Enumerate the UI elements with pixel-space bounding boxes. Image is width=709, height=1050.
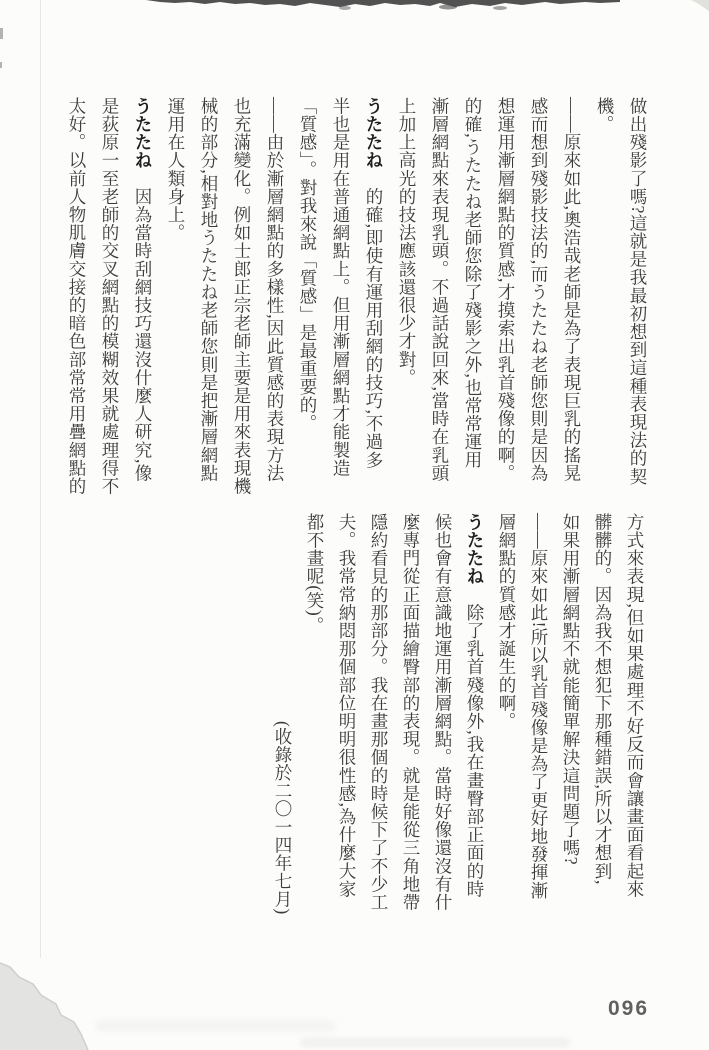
speaker-name: うたたね xyxy=(364,97,384,169)
text-column: 械的部分,相對地うたたね老師您則是把漸層網點 xyxy=(192,97,225,499)
text-column: 太好。以前人物肌膚交接的暗色部常常用疊網點的 xyxy=(60,97,93,499)
text-column: 的確,うたたね老師您除了殘影之外,也常常運用 xyxy=(456,97,489,499)
interview-text-block-upper: 做出殘影了嗎?這就是我最初想到這種表現法的契機。——原來如此,奧浩哉老師是為了表… xyxy=(60,97,654,499)
text-column: 夫。我常常納悶那個部位明明很性感,為什麼大家 xyxy=(331,513,363,915)
text-column: 感而想到殘影技法的,而うたたね老師您則是因為 xyxy=(522,97,555,499)
text-column: 隱約看見的那部分。我在畫那個的時候下了不少工 xyxy=(363,513,395,915)
text-column: 半也是用在普通網點上。但用漸層網點才能製造 xyxy=(324,97,357,499)
text-column: 是荻原一至老師的交叉網點的模糊效果就處理得不 xyxy=(93,97,126,499)
page-gutter-line xyxy=(40,0,41,958)
text-column: 機。 xyxy=(588,97,621,499)
speaker-name: うたたね xyxy=(465,513,485,585)
page-number: 096 xyxy=(608,997,649,1021)
text-column: ——由於漸層網點的多樣性,因此質感的表現方法 xyxy=(258,97,291,499)
book-page: 做出殘影了嗎?這就是我最初想到這種表現法的契機。——原來如此,奧浩哉老師是為了表… xyxy=(0,0,709,1050)
text-column: 「質感」。對我來說「質感」是最重要的。 xyxy=(291,97,324,499)
scan-speck xyxy=(0,62,2,68)
scan-smudge xyxy=(300,1038,570,1047)
text-column: うたたね 除了乳首殘像外,我在畫臀部正面的時 xyxy=(459,513,491,915)
scan-speck xyxy=(0,28,3,39)
text-column: 層網點的質感才誕生的啊。 xyxy=(491,513,523,915)
text-column: ——原來如此,奧浩哉老師是為了表現巨乳的搖晃 xyxy=(555,97,588,499)
scan-edge-top xyxy=(0,0,709,14)
text-column: 都不畫呢(笑)。 xyxy=(299,513,331,915)
text-column: うたたね 因為當時刮網技巧還沒什麼人研究,像 xyxy=(126,97,159,499)
text-column: (收錄於二〇一四年七月) xyxy=(267,513,299,915)
text-column: 想運用漸層網點的質感,才摸索出乳首殘像的啊。 xyxy=(489,97,522,499)
scan-smudge xyxy=(95,1020,335,1032)
text-column: 運用在人類身上。 xyxy=(159,97,192,499)
text-column: 上加上高光的技法應該還很少才對。 xyxy=(390,97,423,499)
text-column: ——原來如此!所以乳首殘像是為了更好地發揮漸 xyxy=(523,513,555,915)
text-column: 如果用漸層網點不就能簡單解決這問題了嗎? xyxy=(555,513,587,915)
text-column: 候也會有意識地運用漸層網點。當時好像還沒有什 xyxy=(427,513,459,915)
text-column: 也充滿變化。例如士郎正宗老師主要是用來表現機 xyxy=(225,97,258,499)
text-column: 麼專門從正面描繪臀部的表現。就是能從三角地帶 xyxy=(395,513,427,915)
text-column: 方式來表現,但如果處理不好反而會讓畫面看起來 xyxy=(619,513,651,915)
speaker-name: うたたね xyxy=(133,97,153,169)
text-column: 漸層網點來表現乳頭。不過話說回來,當時在乳頭 xyxy=(423,97,456,499)
interview-text-block-lower: 方式來表現,但如果處理不好反而會讓畫面看起來髒髒的。因為我不想犯下那種錯誤,所以… xyxy=(267,513,651,915)
text-column: 髒髒的。因為我不想犯下那種錯誤,所以才想到, xyxy=(587,513,619,915)
text-column: 做出殘影了嗎?這就是我最初想到這種表現法的契 xyxy=(621,97,654,499)
torn-corner xyxy=(0,950,130,1050)
scan-edge-top-right xyxy=(687,0,709,14)
text-column: うたたね 的確,即使有運用刮網的技巧,不過多 xyxy=(357,97,390,499)
